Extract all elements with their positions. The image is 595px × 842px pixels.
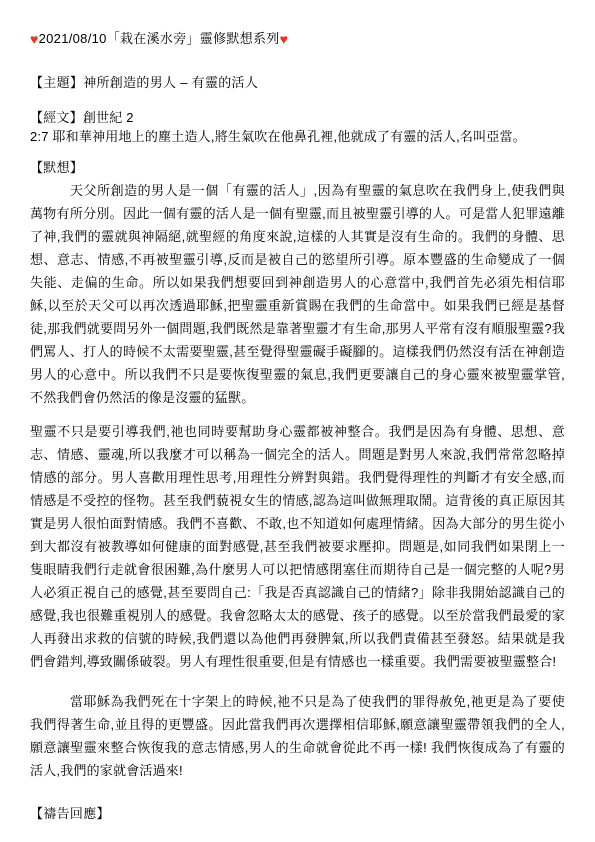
meditation-section: 【默想】 天父所創造的男人是一個「有靈的活人」,因為有聖靈的氣息吹在我們身上,使… [30, 156, 565, 782]
scripture-reference: 創世紀 2 [83, 110, 134, 125]
prayer-section: 【禱告回應】 [30, 804, 565, 824]
document-header: ♥2021/08/10「栽在溪水旁」靈修默想系列♥ [30, 30, 565, 48]
document-page: ♥2021/08/10「栽在溪水旁」靈修默想系列♥ 【主題】神所創造的男人 – … [0, 0, 595, 842]
header-title: 2021/08/10「栽在溪水旁」靈修默想系列 [39, 31, 280, 46]
heart-icon: ♥ [280, 31, 289, 47]
scripture-label: 【經文】 [30, 110, 83, 125]
topic-text: 神所創造的男人 – 有靈的活人 [83, 75, 258, 90]
topic-label: 【主題】 [30, 75, 83, 90]
prayer-label: 【禱告回應】 [30, 806, 110, 821]
meditation-paragraph: 當耶穌為我們死在十字架上的時候,祂不只是為了使我們的罪得赦免,祂更是為了要使我們… [30, 690, 565, 782]
scripture-heading: 【經文】創世紀 2 [30, 108, 565, 127]
scripture-verse: 2:7 耶和華神用地上的塵土造人,將生氣吹在他鼻孔裡,他就成了有靈的活人,名叫亞… [30, 127, 565, 146]
meditation-paragraph: 天父所創造的男人是一個「有靈的活人」,因為有聖靈的氣息吹在我們身上,使我們與萬物… [30, 179, 565, 409]
heart-icon: ♥ [30, 31, 39, 47]
topic-section: 【主題】神所創造的男人 – 有靈的活人 [30, 73, 565, 93]
scripture-section: 【經文】創世紀 2 2:7 耶和華神用地上的塵土造人,將生氣吹在他鼻孔裡,他就成… [30, 108, 565, 146]
meditation-label: 【默想】 [30, 156, 565, 179]
meditation-paragraph: 聖靈不只是要引導我們,祂也同時要幫助身心靈都被神整合。我們是因為有身體、思想、意… [30, 420, 565, 673]
